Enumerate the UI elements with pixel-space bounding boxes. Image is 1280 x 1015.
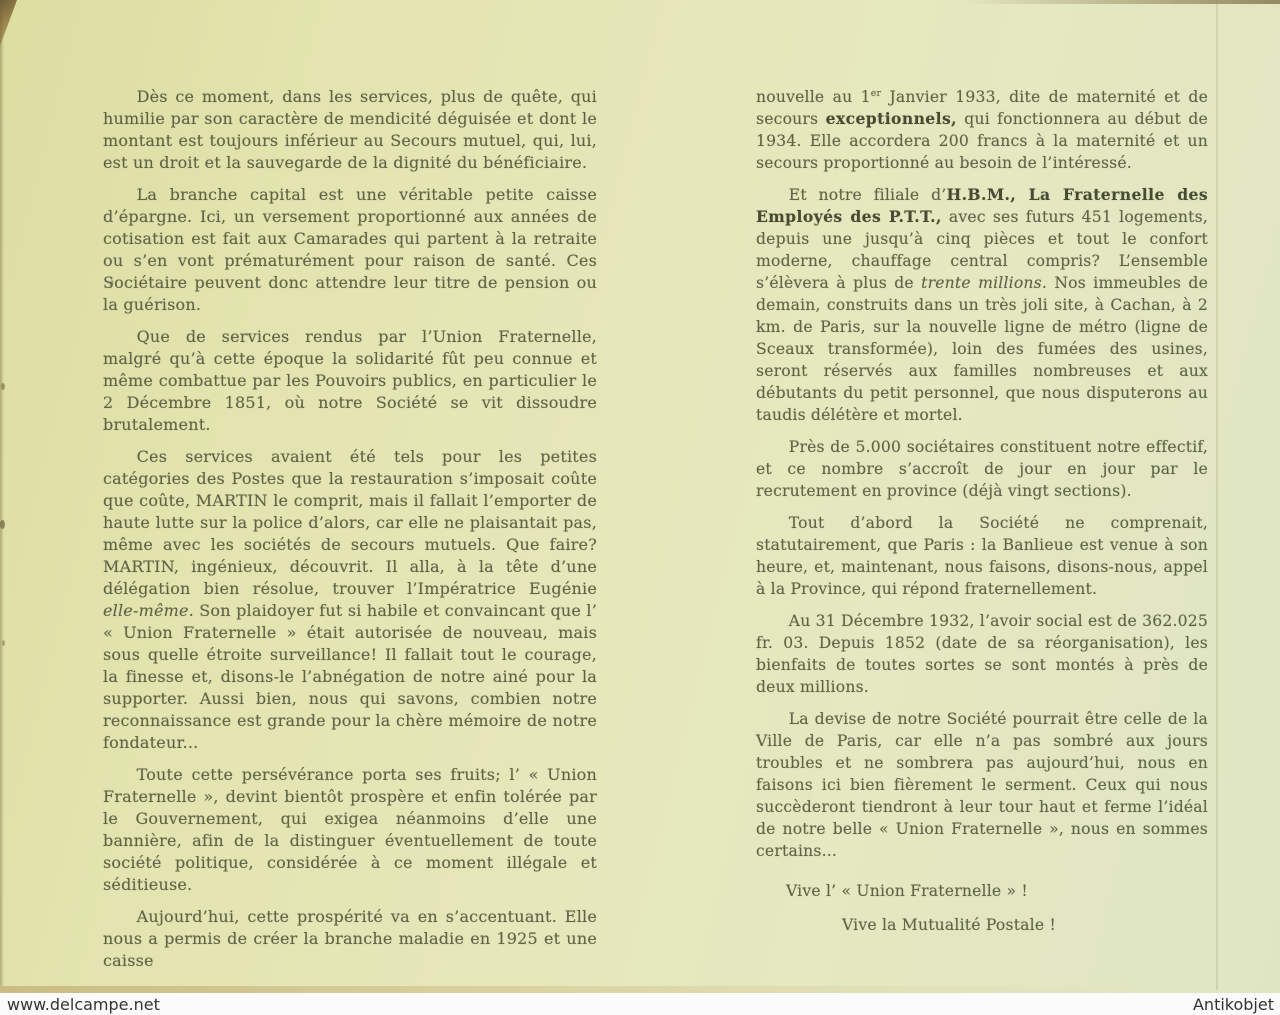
paragraph: Vive l’ « Union Fraternelle » ! (756, 880, 1208, 902)
paragraph: La devise de notre Société pourrait être… (756, 708, 1208, 862)
paragraph: Que de services rendus par l’Union Frate… (103, 326, 597, 436)
paragraph: La branche capital est une véritable pet… (103, 184, 597, 316)
text-segment: Ces services avaient été tels pour les p… (103, 447, 597, 598)
text-segment: Son plaidoyer fut si habile et convainca… (103, 601, 597, 752)
text-segment: exceptionnels, (826, 109, 957, 128)
watermark-antikobjet: Antikobjet (1193, 995, 1274, 1014)
text-segment: La devise de notre Société pourrait être… (756, 710, 1208, 860)
paragraph: Toute cette persévérance porta ses fruit… (103, 764, 597, 896)
paper-speck (2, 640, 5, 646)
watermark-delcampe: www.delcampe.net (7, 995, 160, 1014)
text-segment: Nos immeubles de demain, construits dans… (756, 274, 1208, 424)
text-segment: er (871, 88, 881, 99)
paper-speck (1, 383, 5, 390)
left-page-text: Dès ce moment, dans les services, plus d… (103, 86, 597, 972)
text-segment: Et notre filiale d’ (789, 186, 947, 204)
paragraph: Ces services avaient été tels pour les p… (103, 446, 597, 754)
text-segment: Aujourd’hui, cette prospérité va en s’ac… (103, 907, 597, 970)
paragraph: nouvelle au 1er Janvier 1933, dite de ma… (756, 86, 1208, 174)
paper-speck (0, 520, 5, 529)
text-segment: Au 31 Décembre 1932, l’avoir social est … (756, 612, 1208, 696)
page-crease-right (1216, 0, 1218, 990)
paragraph: Au 31 Décembre 1932, l’avoir social est … (756, 610, 1208, 698)
paragraph: Près de 5.000 sociétaires constituent no… (756, 436, 1208, 502)
book-scan: Dès ce moment, dans les services, plus d… (0, 0, 1280, 1015)
text-segment: Dès ce moment, dans les services, plus d… (103, 87, 597, 172)
text-segment: Vive la Mutualité Postale ! (842, 916, 1056, 934)
paragraph: Tout d’abord la Société ne comprenait, s… (756, 512, 1208, 600)
text-segment: Vive l’ « Union Fraternelle » ! (786, 882, 1028, 900)
text-segment: nouvelle au 1 (756, 88, 871, 106)
text-segment: Toute cette persévérance porta ses fruit… (103, 765, 597, 894)
text-segment: elle-même. (103, 601, 194, 620)
paragraph: Aujourd’hui, cette prospérité va en s’ac… (103, 906, 597, 972)
paragraph: Dès ce moment, dans les services, plus d… (103, 86, 597, 174)
paragraph: Vive la Mutualité Postale ! (756, 914, 1208, 936)
text-segment: La branche capital est une véritable pet… (103, 185, 597, 314)
page-edge-top (960, 0, 1280, 4)
page-edge-left (0, 0, 4, 993)
text-segment: Près de 5.000 sociétaires constituent no… (756, 438, 1208, 500)
right-page-text: nouvelle au 1er Janvier 1933, dite de ma… (756, 86, 1208, 936)
watermark-bar: www.delcampe.net Antikobjet (0, 993, 1280, 1015)
text-segment: Que de services rendus par l’Union Frate… (103, 327, 597, 434)
text-segment: trente millions. (921, 274, 1047, 292)
paragraph: Et notre filiale d’H.B.M., La Fraternell… (756, 184, 1208, 426)
text-segment: Tout d’abord la Société ne comprenait, s… (756, 514, 1208, 598)
